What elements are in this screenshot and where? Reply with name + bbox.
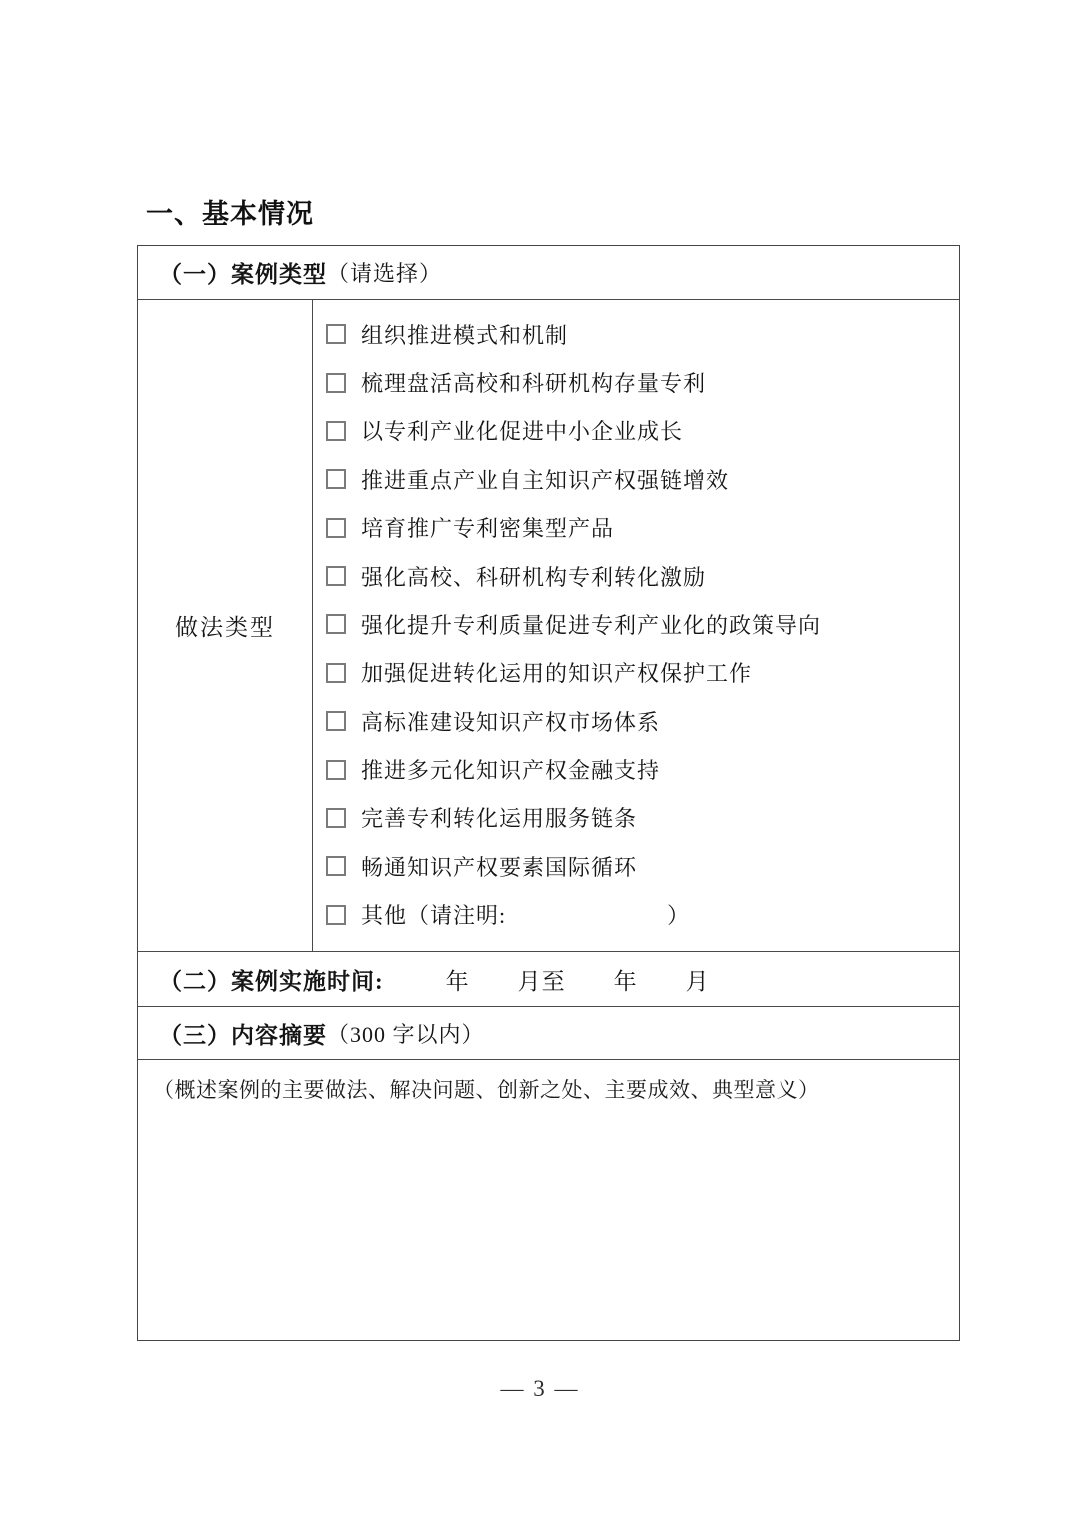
checklist-item-label: 高标准建设知识产权市场体系 — [361, 706, 660, 737]
checkbox-icon[interactable] — [326, 373, 346, 393]
case-type-header-row: （一）案例类型 （请选择） — [138, 246, 959, 299]
page-number: — 3 — — [0, 1376, 1080, 1402]
checklist-item: 完善专利转化运用服务链条 — [326, 802, 949, 833]
checkbox-icon[interactable] — [326, 711, 346, 731]
checklist-item-label: 加强促进转化运用的知识产权保护工作 — [361, 657, 752, 688]
form-table: （一）案例类型 （请选择） 做法类型 组织推进模式和机制梳理盘活高校和科研机构存… — [137, 245, 960, 1341]
checkbox-icon[interactable] — [326, 663, 346, 683]
summary-body-row[interactable]: （概述案例的主要做法、解决问题、创新之处、主要成效、典型意义） — [138, 1059, 959, 1340]
implementation-time-row: （二）案例实施时间: 年 月至 年 月 — [138, 951, 959, 1006]
checklist-item: 强化高校、科研机构专利转化激励 — [326, 561, 949, 592]
checklist-item-label: 畅通知识产权要素国际循环 — [361, 851, 637, 882]
checklist-item-label: 组织推进模式和机制 — [361, 319, 568, 350]
practice-type-checklist: 组织推进模式和机制梳理盘活高校和科研机构存量专利以专利产业化促进中小企业成长推进… — [313, 300, 959, 951]
checkbox-icon[interactable] — [326, 760, 346, 780]
checkbox-icon[interactable] — [326, 808, 346, 828]
case-type-label: （一）案例类型 — [159, 256, 327, 289]
implementation-time-label: （二）案例实施时间: — [159, 963, 384, 996]
checkbox-icon[interactable] — [326, 614, 346, 634]
checklist-item-label: 强化高校、科研机构专利转化激励 — [361, 561, 706, 592]
checklist-item: 畅通知识产权要素国际循环 — [326, 851, 949, 882]
checklist-item-label: 强化提升专利质量促进专利产业化的政策导向 — [361, 609, 821, 640]
checklist-item-label: 其他（请注明: ） — [361, 899, 690, 930]
checklist-item: 组织推进模式和机制 — [326, 319, 949, 350]
checklist-item-label: 培育推广专利密集型产品 — [361, 512, 614, 543]
checkbox-icon[interactable] — [326, 566, 346, 586]
checklist-item: 加强促进转化运用的知识产权保护工作 — [326, 657, 949, 688]
checkbox-icon[interactable] — [326, 324, 346, 344]
checkbox-icon[interactable] — [326, 469, 346, 489]
case-type-hint: （请选择） — [327, 257, 442, 288]
checkbox-icon[interactable] — [326, 856, 346, 876]
implementation-time-value: 年 月至 年 月 — [446, 963, 710, 996]
checklist-item: 推进重点产业自主知识产权强链增效 — [326, 464, 949, 495]
summary-header-row: （三）内容摘要 （300 字以内） — [138, 1006, 959, 1059]
summary-hint: （300 字以内） — [327, 1018, 485, 1049]
checklist-item: 强化提升专利质量促进专利产业化的政策导向 — [326, 609, 949, 640]
section-title: 一、基本情况 — [146, 192, 314, 231]
checkbox-icon[interactable] — [326, 518, 346, 538]
checklist-item: 推进多元化知识产权金融支持 — [326, 754, 949, 785]
practice-type-label: 做法类型 — [138, 300, 313, 951]
document-page: 一、基本情况 （一）案例类型 （请选择） 做法类型 组织推进模式和机制梳理盘活高… — [0, 0, 1080, 1527]
summary-note: （概述案例的主要做法、解决问题、创新之处、主要成效、典型意义） — [153, 1074, 941, 1104]
checklist-item: 培育推广专利密集型产品 — [326, 512, 949, 543]
checklist-item-label: 梳理盘活高校和科研机构存量专利 — [361, 367, 706, 398]
checklist-item: 高标准建设知识产权市场体系 — [326, 706, 949, 737]
practice-type-row: 做法类型 组织推进模式和机制梳理盘活高校和科研机构存量专利以专利产业化促进中小企… — [138, 299, 959, 951]
summary-label: （三）内容摘要 — [159, 1017, 327, 1050]
checklist-item: 其他（请注明: ） — [326, 899, 949, 930]
checklist-item-label: 完善专利转化运用服务链条 — [361, 802, 637, 833]
checklist-item: 梳理盘活高校和科研机构存量专利 — [326, 367, 949, 398]
checklist-item-label: 推进重点产业自主知识产权强链增效 — [361, 464, 729, 495]
checklist-item: 以专利产业化促进中小企业成长 — [326, 415, 949, 446]
checkbox-icon[interactable] — [326, 421, 346, 441]
checklist-item-label: 以专利产业化促进中小企业成长 — [361, 415, 683, 446]
checklist-item-label: 推进多元化知识产权金融支持 — [361, 754, 660, 785]
checkbox-icon[interactable] — [326, 905, 346, 925]
